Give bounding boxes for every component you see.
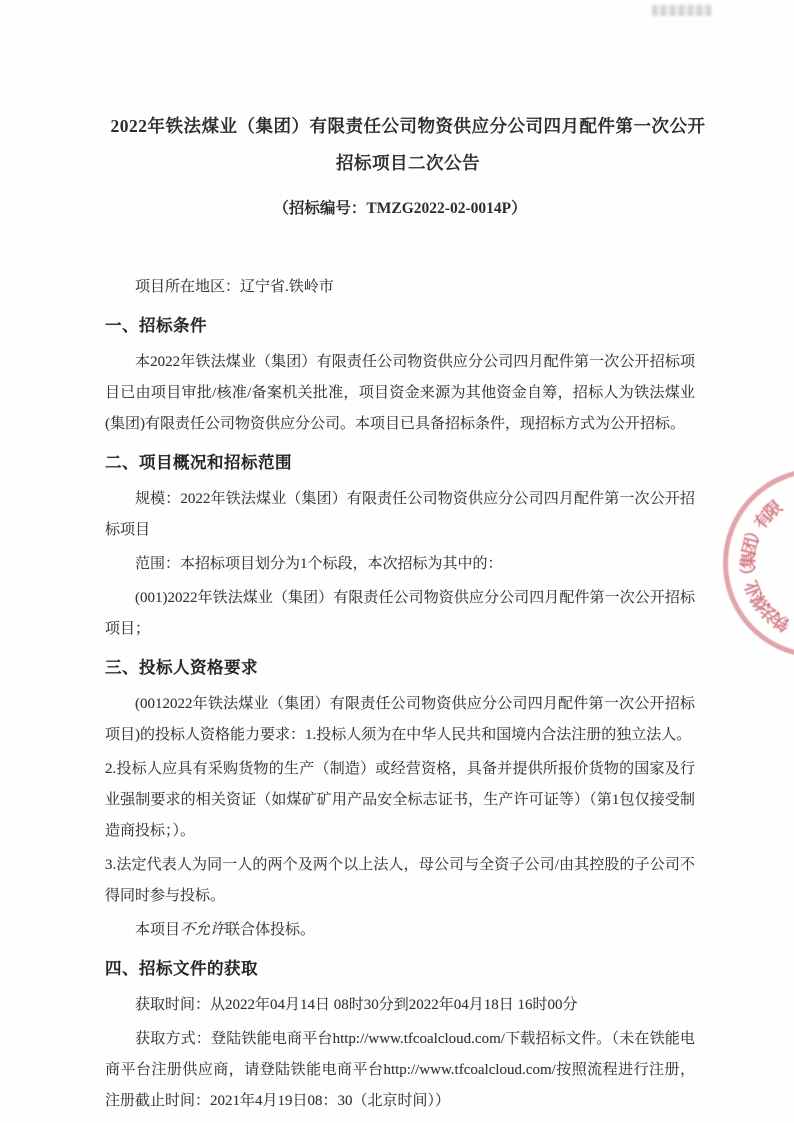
section-3-heading: 三、投标人资格要求 [105, 653, 695, 683]
document-content: 2022年铁法煤业（集团）有限责任公司物资供应分公司四月配件第一次公开招标项目二… [105, 108, 695, 1120]
section-4-time-line: 获取时间：从2022年04月14日 08时30分到2022年04月18日 16时… [105, 990, 695, 1021]
consortium-prefix: 本项目 [135, 922, 180, 938]
consortium-suffix: 联合体投标。 [225, 922, 315, 938]
section-1-paragraph: 本2022年铁法煤业（集团）有限责任公司物资供应分公司四月配件第一次公开招标项目… [105, 347, 695, 440]
scan-artifact-smudge [652, 5, 712, 16]
scanned-document-page: 2022年铁法煤业（集团）有限责任公司物资供应分公司四月配件第一次公开招标项目二… [0, 0, 794, 1123]
section-3-requirement-2: 2.投标人应具有采购货物的生产（制造）或经营资格，具备并提供所报价货物的国家及行… [105, 754, 695, 847]
section-2-scope-line: 范围：本招标项目划分为1个标段，本次招标为其中的： [105, 549, 695, 580]
company-red-seal: 铁法煤业（集团）有限 [723, 468, 794, 658]
section-3-consortium-line: 本项目不允许联合体投标。 [105, 915, 695, 946]
section-2-lot-line: (001)2022年铁法煤业（集团）有限责任公司物资供应分公司四月配件第一次公开… [105, 583, 695, 645]
section-3-requirement-3: 3.法定代表人为同一人的两个及两个以上法人，母公司与全资子公司/由其控股的子公司… [105, 850, 695, 912]
section-4-heading: 四、招标文件的获取 [105, 954, 695, 984]
document-body: 项目所在地区：辽宁省.铁岭市 一、招标条件 本2022年铁法煤业（集团）有限责任… [105, 272, 695, 1117]
tender-number: （招标编号：TMZG2022-02-0014P） [105, 196, 695, 222]
section-1-heading: 一、招标条件 [105, 311, 695, 341]
section-4-method-line: 获取方式：登陆铁能电商平台http://www.tfcoalcloud.com/… [105, 1024, 695, 1117]
document-title: 2022年铁法煤业（集团）有限责任公司物资供应分公司四月配件第一次公开招标项目二… [105, 108, 711, 182]
section-3-requirement-1: (0012022年铁法煤业（集团）有限责任公司物资供应分公司四月配件第一次公开招… [105, 689, 695, 751]
project-location-line: 项目所在地区：辽宁省.铁岭市 [105, 272, 695, 303]
section-2-heading: 二、项目概况和招标范围 [105, 448, 695, 478]
section-2-scale-line: 规模：2022年铁法煤业（集团）有限责任公司物资供应分公司四月配件第一次公开招标… [105, 484, 695, 546]
consortium-emphasis: 不允许 [180, 922, 225, 938]
